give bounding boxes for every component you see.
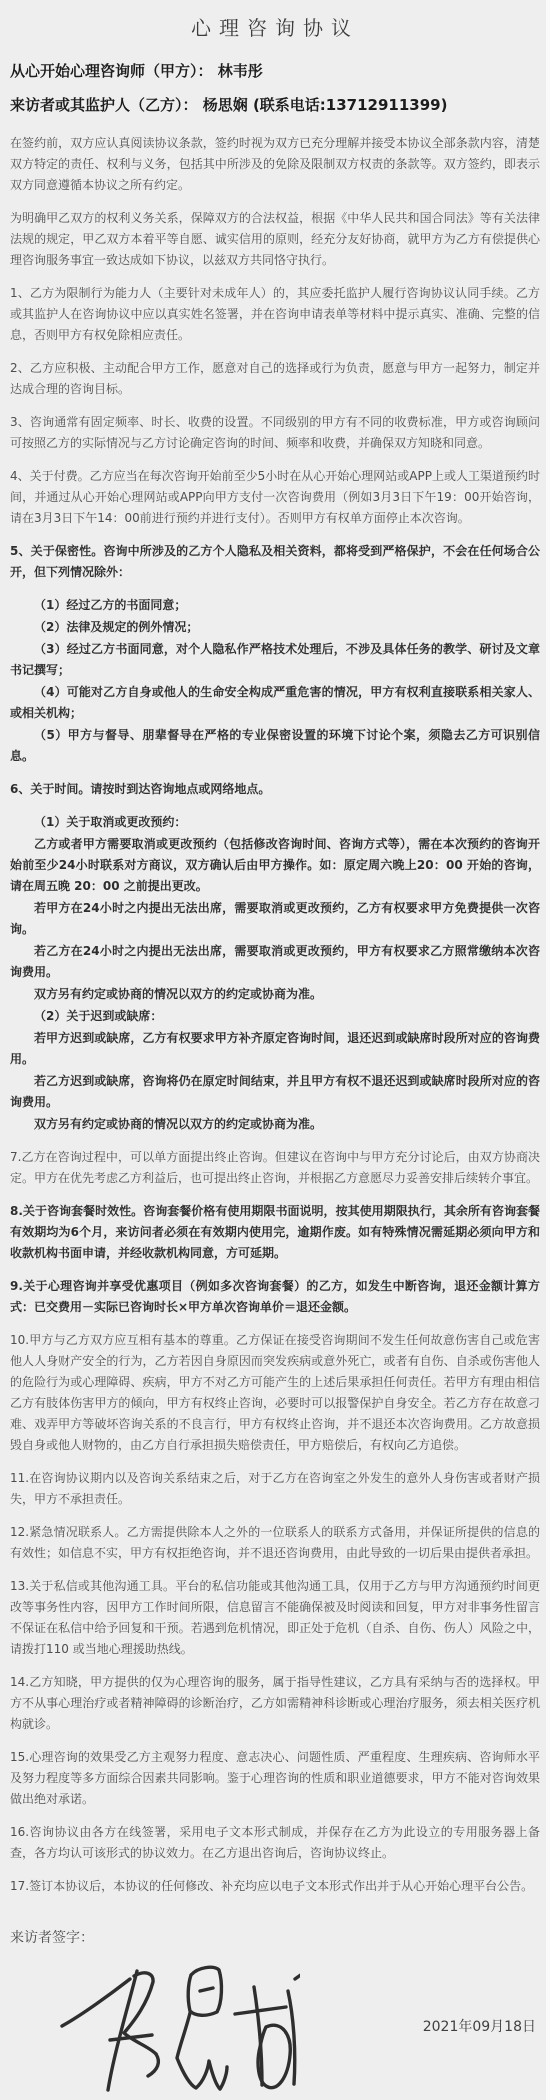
agreement-document: 心理咨询协议 从心开始心理咨询师（甲方）： 林韦彤 来访者或其监护人（乙方）： … bbox=[0, 0, 550, 2100]
page-title: 心理咨询协议 bbox=[10, 12, 540, 41]
clause-paragraph: 为明确甲乙双方的权利义务关系，保障双方的合法权益，根据《中华人民共和国合同法》等… bbox=[10, 208, 540, 271]
clause-paragraph: 乙方或者甲方需要取消或更改预约（包括修改咨询时间、咨询方式等），需在本次预约的咨… bbox=[10, 834, 540, 897]
clause-paragraph: 若乙方在24小时之内提出无法出席，需要取消或更改预约，甲方有权要求乙方照常缴纳本… bbox=[10, 941, 540, 983]
agreement-clauses: 在签约前，双方应认真阅读协议条款，签约时视为双方已充分理解并接受本协议全部条款内… bbox=[10, 133, 540, 1897]
clause-paragraph: 5、关于保密性。咨询中所涉及的乙方个人隐私及相关资料，都将受到严格保护，不会在任… bbox=[10, 541, 540, 583]
right-edge-strip bbox=[546, 0, 550, 2100]
clause-paragraph: 1、乙方为限制行为能力人（主要针对未成年人）的，其应委托监护人履行咨询协议认同手… bbox=[10, 283, 540, 346]
clause-paragraph: 在签约前，双方应认真阅读协议条款，签约时视为双方已充分理解并接受本协议全部条款内… bbox=[10, 133, 540, 196]
clause-paragraph: 8.关于咨询套餐时效性。咨询套餐价格有使用期限书面说明，按其使用期限执行，其余所… bbox=[10, 1201, 540, 1264]
clause-paragraph: 7.乙方在咨询过程中，可以单方面提出终止咨询。但建议在咨询中与甲方充分讨论后，由… bbox=[10, 1147, 540, 1189]
clause-paragraph: 3、咨询通常有固定频率、时长、收费的设置。不同级别的甲方有不同的收费标准，甲方或… bbox=[10, 412, 540, 454]
clause-paragraph: （3）经过乙方书面同意，对个人隐私作严格技术处理后，不涉及具体任务的教学、研讨及… bbox=[10, 639, 540, 681]
clause-paragraph: 6、关于时间。请按时到达咨询地点或网络地点。 bbox=[10, 779, 540, 800]
party-b-line: 来访者或其监护人（乙方）： 杨思娴 (联系电话:13712911399) bbox=[10, 95, 540, 115]
clause-paragraph: 若甲方迟到或缺席，乙方有权要求甲方补齐原定咨询时间，退还迟到或缺席时段所对应的咨… bbox=[10, 1028, 540, 1070]
clause-paragraph: 17.签订本协议后，本协议的任何修改、补充均应以电子文本形式作出并于从心开始心理… bbox=[10, 1876, 540, 1897]
clause-paragraph: 若乙方迟到或缺席，咨询将仍在原定时间结束，并且甲方有权不退还迟到或缺席时段所对应… bbox=[10, 1071, 540, 1113]
signature-drawing bbox=[50, 1957, 300, 2100]
party-a-line: 从心开始心理咨询师（甲方）： 林韦彤 bbox=[10, 61, 540, 81]
clause-paragraph: 双方另有约定或协商的情况以双方的约定或协商为准。 bbox=[10, 984, 540, 1005]
visitor-signature bbox=[50, 1957, 300, 2100]
clause-paragraph: 若甲方在24小时之内提出无法出席，需要取消或更改预约，乙方有权要求甲方免费提供一… bbox=[10, 898, 540, 940]
clause-paragraph: 13.关于私信或其他沟通工具。平台的私信功能或其他沟通工具，仅用于乙方与甲方沟通… bbox=[10, 1576, 540, 1660]
clause-paragraph: 12.紧急情况联系人。乙方需提供除本人之外的一位联系人的联系方式备用，并保证所提… bbox=[10, 1522, 540, 1564]
clause-paragraph: 2、乙方应积极、主动配合甲方工作，愿意对自己的选择或行为负责，愿意与甲方一起努力… bbox=[10, 358, 540, 400]
clause-paragraph: 16.咨询协议由各方在线签署，采用电子文本形式制成，并保存在乙方为此设立的专用服… bbox=[10, 1822, 540, 1864]
clause-paragraph: （1）经过乙方的书面同意； bbox=[10, 595, 540, 616]
clause-paragraph: （1）关于取消或更改预约： bbox=[10, 812, 540, 833]
clause-paragraph: （4）可能对乙方自身或他人的生命安全构成严重危害的情况，甲方有权利直接联系相关家… bbox=[10, 682, 540, 724]
clause-paragraph: （2）关于迟到或缺席： bbox=[10, 1006, 540, 1027]
clause-paragraph: （5）甲方与督导、朋辈督导在严格的专业保密设置的环境下讨论个案，须隐去乙方可识别… bbox=[10, 725, 540, 767]
clause-paragraph: 11.在咨询协议期内以及咨询关系结束之后，对于乙方在咨询室之外发生的意外人身伤害… bbox=[10, 1468, 540, 1510]
clause-paragraph: 9.关于心理咨询并享受优惠项目（例如多次咨询套餐）的乙方，如发生中断咨询，退还金… bbox=[10, 1276, 540, 1318]
clause-paragraph: 4、关于付费。乙方应当在每次咨询开始前至少5小时在从心开始心理网站或APP上或人… bbox=[10, 466, 540, 529]
clause-paragraph: 15.心理咨询的效果受乙方主观努力程度、意志决心、问题性质、严重程度、生理疾病、… bbox=[10, 1747, 540, 1810]
signature-label: 来访者签字： bbox=[10, 1927, 540, 1947]
agreement-date: 2021年09月18日 bbox=[423, 2016, 536, 2036]
clause-paragraph: 双方另有约定或协商的情况以双方的约定或协商为准。 bbox=[10, 1114, 540, 1135]
clause-paragraph: 10.甲方与乙方双方应互相有基本的尊重。乙方保证在接受咨询期间不发生任何故意伤害… bbox=[10, 1330, 540, 1456]
clause-paragraph: （2）法律及规定的例外情况； bbox=[10, 617, 540, 638]
clause-paragraph: 14.乙方知晓，甲方提供的仅为心理咨询的服务，属于指导性建议，乙方具有采纳与否的… bbox=[10, 1672, 540, 1735]
